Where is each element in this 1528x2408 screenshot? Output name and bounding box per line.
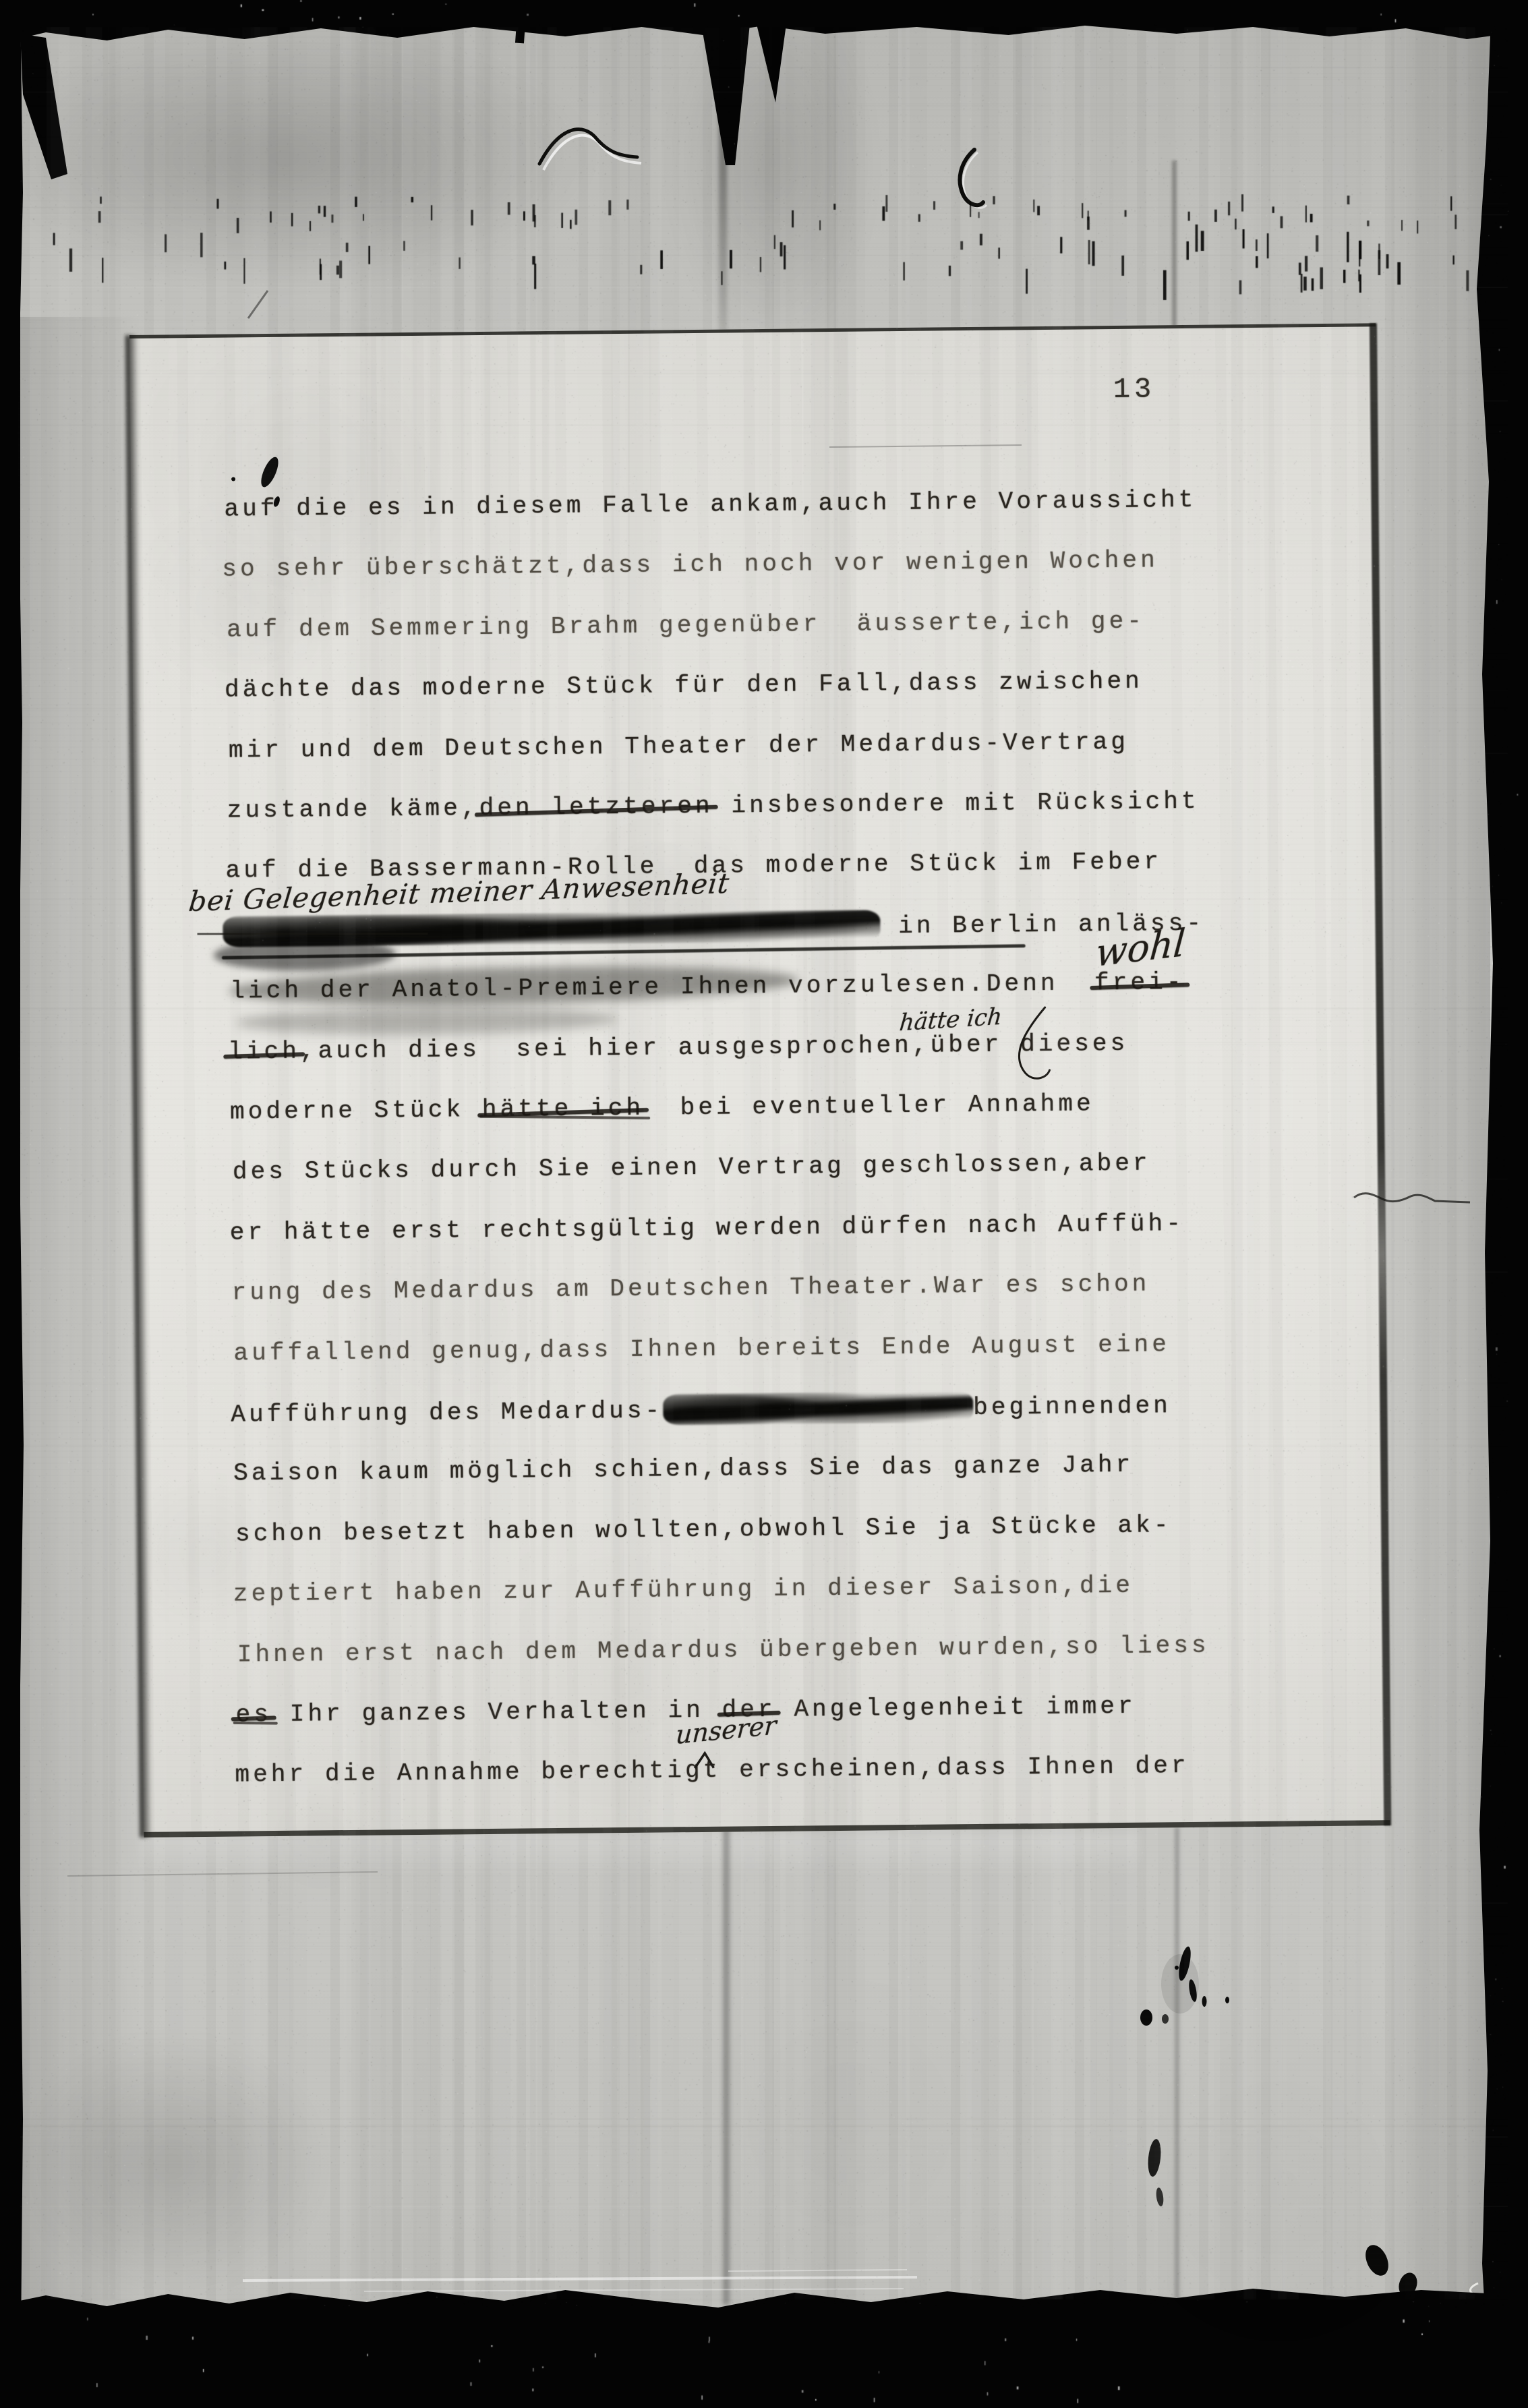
typed-segment: Ihnen erst nach dem Medardus übergeben w… [237,1631,1210,1668]
typed-line: lich der Anatol-Premiere Ihnen vorzulese… [230,967,1185,1009]
typed-line: mehr die Annahme berechtigt erscheinen,d… [235,1751,1189,1792]
typed-segment: schon besetzt haben wollten,obwohl Sie j… [235,1511,1172,1548]
struck-segment: hätte ich [482,1094,645,1123]
bottom-film-edge [0,2287,1528,2408]
typed-line: lich,auch dies sei hier ausgesprochen,üb… [228,1028,1129,1069]
typed-segment: Ihr ganzes Verhalten in [272,1697,722,1728]
typed-line: zeptiert haben zur Aufführung in dieser … [233,1570,1134,1612]
typed-line: mir und dem Deutschen Theater der Medard… [229,726,1129,767]
typed-line: schon besetzt haben wollten,obwohl Sie j… [235,1510,1172,1551]
typed-line: des Stücks durch Sie einen Vertrag gesch… [233,1148,1151,1190]
struck-segment: lich [228,1037,300,1065]
typed-segment: Angelegenheit immer [776,1693,1136,1724]
typed-line: auf die es in diesem Falle ankam,auch Ih… [224,485,1196,527]
typed-segment: mir und dem Deutschen Theater der Medard… [229,728,1129,764]
typed-segment: beginnenden [973,1392,1171,1421]
typed-segment: bei eventueller Annahme [644,1090,1094,1121]
typed-line: Aufführung des Medardus-beginnenden [231,1389,1171,1430]
typed-line: auf dem Semmering Brahm gegenüber äusser… [227,606,1145,647]
typed-segment: des Stücks durch Sie einen Vertrag gesch… [233,1150,1151,1186]
typed-sheet: 13 auf die es in diesem Falle ankam,auch… [129,323,1390,1838]
typed-segment: ,auch dies sei hier ausgesprochen,über d… [300,1029,1129,1065]
typescript-text-layer: auf die es in diesem Falle ankam,auch Ih… [129,326,1390,1832]
typed-segment: so sehr überschätzt,dass ich noch vor we… [222,547,1158,583]
scribble-redaction [223,910,880,947]
struck-segment: den letzteren [479,792,713,822]
typed-segment: lich der Anatol-Premiere Ihnen vorzulese… [230,969,1094,1005]
typed-line: er hätte erst rechtsgültig werden dürfen… [230,1208,1185,1250]
scribble-redaction [663,1391,973,1425]
typed-line: zustande käme,den letzteren insbesondere… [227,786,1200,828]
typed-segment: er hätte erst rechtsgültig werden dürfen… [230,1210,1185,1247]
typed-line: Ihnen erst nach dem Medardus übergeben w… [237,1630,1210,1672]
typed-segment: zustande käme, [227,794,479,825]
typed-line: auffallend genug,dass Ihnen bereits Ende… [233,1329,1170,1370]
typed-segment: auf dem Semmering Brahm gegenüber äusser… [227,607,1145,643]
typed-segment: Saison kaum möglich schien,dass Sie das … [233,1451,1134,1488]
typed-segment: Aufführung des Medardus- [231,1397,663,1428]
film-frame: 13 auf die es in diesem Falle ankam,auch… [0,0,1528,2408]
typed-segment: mehr die Annahme berechtigt erscheinen,d… [235,1752,1189,1789]
typed-segment: rung des Medardus am Deutschen Theater.W… [231,1270,1150,1307]
typed-segment: zeptiert haben zur Aufführung in dieser … [233,1572,1134,1608]
struck-segment: es [235,1701,272,1729]
typed-segment: dächte das moderne Stück für den Fall,da… [225,668,1143,704]
typed-segment: insbesondere mit Rücksicht [713,788,1200,820]
typed-line: in Berlin anläss- [223,907,1204,949]
typed-line: moderne Stück hätte ich bei eventueller … [230,1088,1094,1129]
tear-sliver-top [515,23,525,44]
typed-line: dächte das moderne Stück für den Fall,da… [225,666,1143,707]
typed-line: Saison kaum möglich schien,dass Sie das … [233,1450,1134,1491]
typed-line: rung des Medardus am Deutschen Theater.W… [231,1269,1150,1310]
typed-segment: auf die es in diesem Falle ankam,auch Ih… [224,486,1196,523]
typed-segment: auffallend genug,dass Ihnen bereits Ende… [233,1330,1170,1367]
typed-segment: moderne Stück [230,1096,482,1126]
typed-line: so sehr überschätzt,dass ich noch vor we… [222,546,1158,587]
